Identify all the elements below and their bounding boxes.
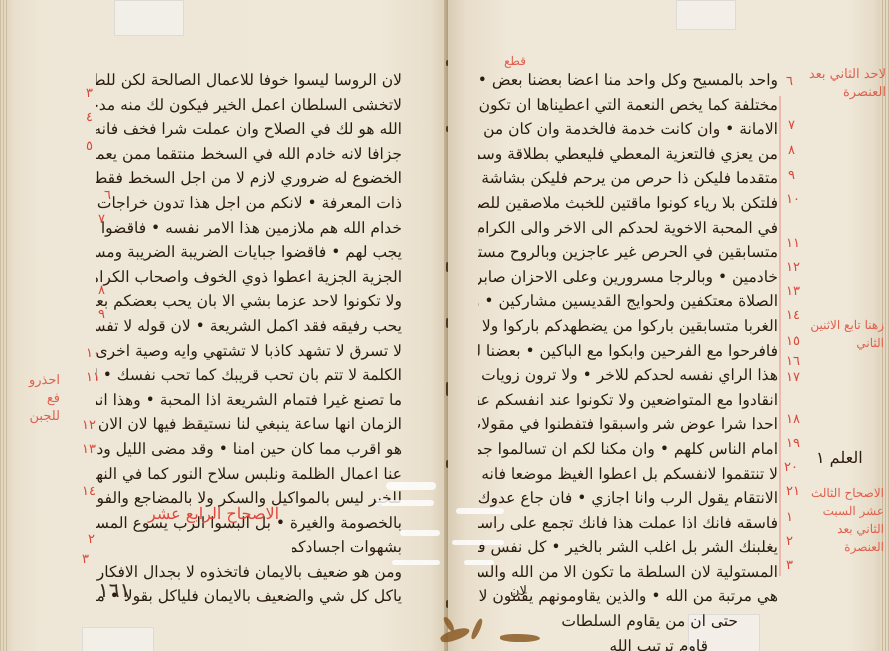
chapter-heading: الاصحاح الرابع عشر (148, 504, 279, 523)
verse-number: ٩ (788, 168, 795, 183)
text-line: خدام الله هم ملازمين هذا الامر نفسه • فا… (96, 216, 402, 241)
verse-number: ٣ (86, 86, 93, 101)
text-line: واحد بالمسيح وكل واحد منا اعضا بعضنا بعض… (478, 68, 778, 93)
text-line: فلتكن بلا رياء كونوا ماقتين للخبث ملاصقي… (478, 191, 778, 216)
verse-number: ٢٠ (784, 460, 798, 475)
text-line: الخضوع له ضروري لازم لا من اجل السخط فقط… (96, 166, 402, 191)
manuscript-spread: احذرو فع للجبن لان الروسا ليسوا خوفا للا… (0, 0, 890, 651)
verse-number: ٧ (98, 212, 105, 227)
verse-number: ١٤ (786, 308, 800, 323)
text-line: ياكل كل شي والضعيف بالايمان فلياكل بقولا… (96, 584, 402, 609)
text-line: خادمين • وبالرجا مسرورين وعلى الاحزان صا… (478, 265, 778, 290)
verse-number: ١٣ (786, 284, 800, 299)
right-page: قطع واحد بالمسيح وكل واحد منا اعضا بعضنا… (448, 0, 890, 651)
text-line: الجزية الجزية اعطوا ذوي الخوف واصحاب الك… (96, 265, 402, 290)
verse-number: ١١ (786, 236, 800, 251)
wax-drip (464, 560, 494, 565)
verse-number: ١٤ (82, 484, 96, 499)
verse-number: ٢١ (786, 484, 800, 499)
text-line: قاوم ترتيب الله (588, 634, 708, 651)
top-tab-left (114, 0, 184, 36)
text-line: ولا تكونوا لاحد عزما بشي الا بان يحب بعض… (96, 289, 402, 314)
text-line: يجب لهم • فاقضوا جبايات الضريبة الضريبة … (96, 240, 402, 265)
text-line: انقادوا مع المتواضعين ولا تكونوا عند انف… (478, 388, 778, 413)
text-line: من يعزي فالتعزية المعطي فليعطي بطلاقة وس… (478, 142, 778, 167)
verse-number: ١٦ (786, 354, 800, 369)
text-line: حتى ان من يقاوم السلطات فقد (558, 609, 738, 634)
text-line: الصلاة معتكفين ولحوايج القديسين مشاركين … (478, 289, 778, 314)
text-line: ما تصنع غيرا فتمام الشريعة اذا المحبة • … (96, 388, 402, 413)
margin-rule (779, 96, 781, 576)
verse-number: ٣ (82, 552, 89, 567)
ink-annotation: العلم ١ (816, 448, 863, 467)
wax-drip (392, 560, 440, 565)
left-page-edge (0, 0, 8, 651)
wax-drip (400, 530, 440, 536)
right-text-block: واحد بالمسيح وكل واحد منا اعضا بعضنا بعض… (478, 68, 778, 651)
left-text-block: لان الروسا ليسوا خوفا للاعمال الصالحة لك… (96, 68, 402, 609)
verse-number: ١١ (86, 370, 100, 385)
text-line: احدا شرا عوض شر واسبقوا فتفطنوا في مقولا… (478, 412, 778, 437)
text-line: امام الناس كلهم • وان مكنا لكم ان تسالمو… (478, 437, 778, 462)
verse-number: ٢ (786, 534, 793, 549)
text-line: هو اقرب مما كان حين امنا • وقد مضى الليل… (96, 437, 402, 462)
verse-number: ١ (786, 510, 793, 525)
verse-number: ٤ (86, 110, 93, 125)
margin-note-left: احذرو فع للجبن (20, 372, 60, 426)
verse-number: ٢ (88, 532, 95, 547)
verse-number: ٣ (786, 558, 793, 573)
text-line: ذات المعرفة • لانكم من اجل هذا تدون خراج… (96, 191, 402, 216)
text-line: متقدما فليكن ذا حرص من يرحم فليكن بشاشة … (478, 166, 778, 191)
verse-number: ١٠ (86, 346, 100, 361)
text-line: عنا اعمال الظلمة ونلبس سلاح النور كما في… (96, 462, 402, 487)
text-line: الغربا متسابقين باركوا من يضطهدكم باركوا… (478, 314, 778, 339)
margin-note-top: لاحد الثاني بعد العنصرة (798, 66, 886, 102)
text-line: لا تسرق لا تشهد كاذبا لا تشتهي وايه وصية… (96, 339, 402, 364)
text-line: الله هو لك في الصلاح وان عملت شرا فخف فا… (96, 117, 402, 142)
text-line: يحب رفيقه فقد اكمل الشريعة • لان قوله لا… (96, 314, 402, 339)
text-line: هذا الراي نفسه لحدكم للاخر • ولا ترون زو… (478, 363, 778, 388)
text-line: المستولية لان السلطة ما تكون الا من الله… (478, 560, 778, 585)
verse-number: ١٩ (786, 436, 800, 451)
text-line: جزافا لانه خادم الله في السخط منتقما ممن… (96, 142, 402, 167)
text-line: متسابقين في الحرص غير عاجزين وبالروح مست… (478, 240, 778, 265)
text-line: الزمان انها ساعة ينبغي لنا نستيقظ فيها ل… (96, 412, 402, 437)
text-line: لان الروسا ليسوا خوفا للاعمال الصالحة لك… (96, 68, 402, 93)
verse-number: ٦ (104, 188, 111, 203)
text-line: فافرحوا مع الفرحين وابكوا مع الباكين • ب… (478, 339, 778, 364)
text-line: في المحبة الاخوية لحدكم الى الاخر والى ا… (478, 216, 778, 241)
text-line: لاتخشى السلطان اعمل الخير فيكون لك منه م… (96, 93, 402, 118)
text-line: الامانة • وان كانت خدمة فالخدمة وان كان … (478, 117, 778, 142)
catchword: لان (510, 584, 527, 599)
text-line: ومن هو ضعيف بالايمان فاتخذوه لا بجدال ال… (96, 560, 402, 585)
text-line: الكلمة لا تتم بان تحب قريبك كما تحب نفسك… (96, 363, 402, 388)
verse-number: ٧ (788, 118, 795, 133)
left-page: احذرو فع للجبن لان الروسا ليسوا خوفا للا… (0, 0, 448, 651)
verse-number: ١٣ (82, 442, 96, 457)
verse-number: ١٥ (786, 334, 800, 349)
text-line: يغلبنك الشر بل اغلب الشر بالخير • كل نفس… (478, 535, 778, 560)
text-line: الانتقام يقول الرب وانا اجازي • فان جاع … (478, 486, 778, 511)
top-tab-right (676, 0, 736, 30)
folio-number: ١٦١ (98, 578, 130, 602)
verse-number: ١٢ (786, 260, 800, 275)
bottom-tab-left (82, 627, 154, 651)
text-line: فاسقه فانك اذا عملت هذا فانك تجمع على را… (478, 511, 778, 536)
verse-number: ١٢ (82, 418, 96, 433)
verse-number: ١٠ (786, 192, 800, 207)
verse-number: ١٧ (786, 370, 800, 385)
wax-drip (456, 508, 504, 514)
text-line: بشهوات اجسادكم (292, 535, 402, 560)
verse-number: ٨ (98, 283, 105, 298)
text-line: لا تنتقموا لانفسكم بل اعطوا الغيظ موضعا … (478, 462, 778, 487)
verse-number: ٩ (98, 307, 105, 322)
verse-number: ٥ (86, 139, 93, 154)
wax-drip (386, 482, 436, 490)
verse-number: ٨ (788, 143, 795, 158)
verse-number: ٦ (786, 74, 793, 89)
wax-drip (452, 540, 504, 545)
verse-number: ١٨ (786, 412, 800, 427)
margin-note-bottom: الاصحاح الثالث عشر السبت الثاني بعد العن… (800, 484, 884, 556)
margin-note-middle: زهنا تابع الاثنين الثاني (806, 316, 884, 352)
wax-drip (376, 500, 434, 506)
ink-stain (500, 634, 540, 642)
text-line: مختلفة كما يخص النعمة التي اعطيناها ان ت… (478, 93, 778, 118)
